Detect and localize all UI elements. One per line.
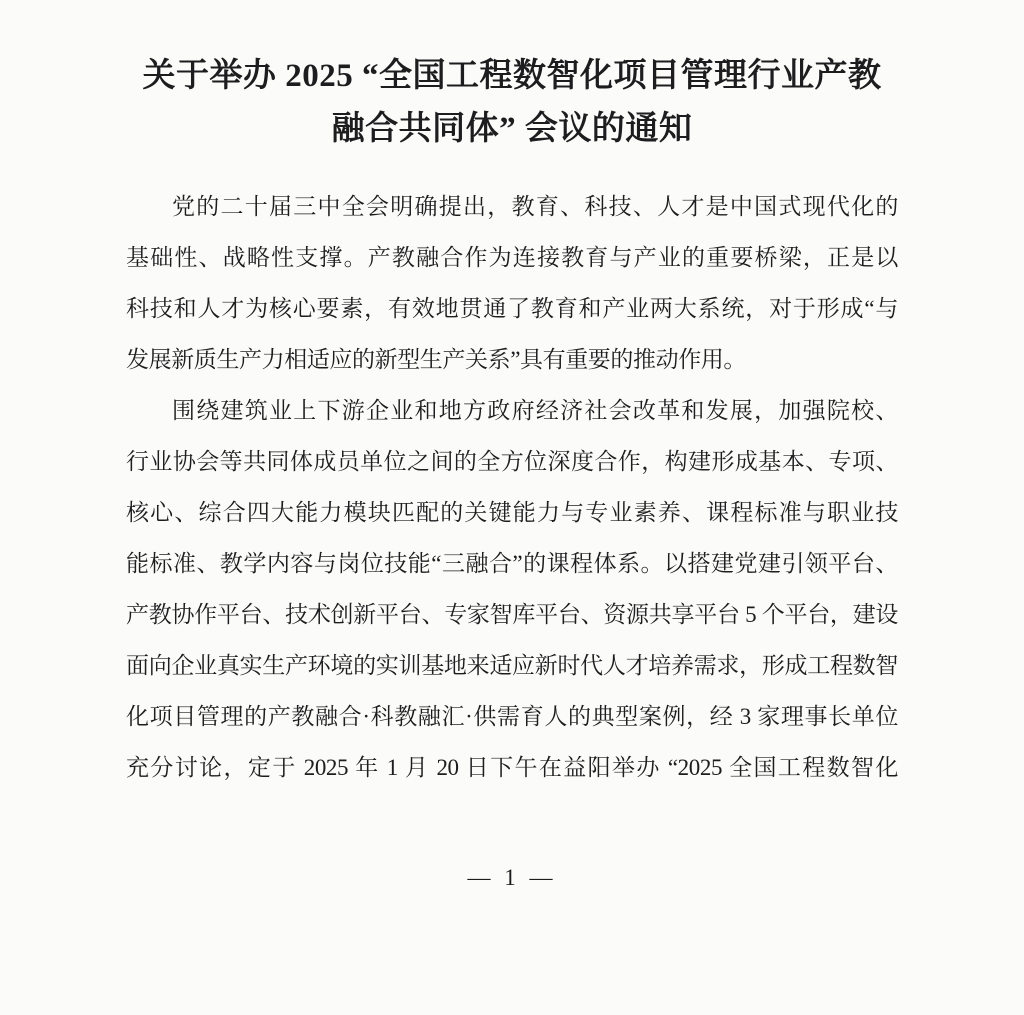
page-number: — 1 — bbox=[0, 863, 1024, 893]
body-line: 基础性、战略性支撑。产教融合作为连接教育与产业的重要桥梁，正是以 bbox=[126, 232, 898, 283]
body-line: 行业协会等共同体成员单位之间的全方位深度合作，构建形成基本、专项、 bbox=[126, 436, 898, 487]
body-line: 面向企业真实生产环境的实训基地来适应新时代人才培养需求，形成工程数智 bbox=[126, 640, 898, 691]
body-line: 核心、综合四大能力模块匹配的关键能力与专业素养、课程标准与职业技 bbox=[126, 487, 898, 538]
document-page: 关于举办 2025 “全国工程数智化项目管理行业产教 融合共同体” 会议的通知 … bbox=[0, 0, 1024, 1015]
doc-title-line-1: 关于举办 2025 “全国工程数智化项目管理行业产教 bbox=[87, 50, 937, 103]
doc-body: 党的二十届三中全会明确提出，教育、科技、人才是中国式现代化的 基础性、战略性支撑… bbox=[126, 181, 898, 793]
body-line: 科技和人才为核心要素，有效地贯通了教育和产业两大系统，对于形成“与 bbox=[126, 283, 898, 334]
body-line: 发展新质生产力相适应的新型生产关系”具有重要的推动作用。 bbox=[126, 334, 898, 385]
body-line: 围绕建筑业上下游企业和地方政府经济社会改革和发展，加强院校、 bbox=[126, 385, 898, 436]
paragraph-1: 党的二十届三中全会明确提出，教育、科技、人才是中国式现代化的 基础性、战略性支撑… bbox=[126, 181, 898, 385]
body-line: 充分讨论，定于 2025 年 1 月 20 日下午在益阳举办 “2025 全国工… bbox=[126, 742, 898, 793]
doc-title-line-2: 融合共同体” 会议的通知 bbox=[87, 103, 937, 156]
body-line: 化项目管理的产教融合·科教融汇·供需育人的典型案例，经 3 家理事长单位 bbox=[126, 691, 898, 742]
paragraph-2: 围绕建筑业上下游企业和地方政府经济社会改革和发展，加强院校、 行业协会等共同体成… bbox=[126, 385, 898, 793]
body-line: 能标准、教学内容与岗位技能“三融合”的课程体系。以搭建党建引领平台、 bbox=[126, 538, 898, 589]
body-line: 党的二十届三中全会明确提出，教育、科技、人才是中国式现代化的 bbox=[126, 181, 898, 232]
doc-title: 关于举办 2025 “全国工程数智化项目管理行业产教 融合共同体” 会议的通知 bbox=[87, 0, 937, 156]
body-line: 产教协作平台、技术创新平台、专家智库平台、资源共享平台 5 个平台，建设 bbox=[126, 589, 898, 640]
